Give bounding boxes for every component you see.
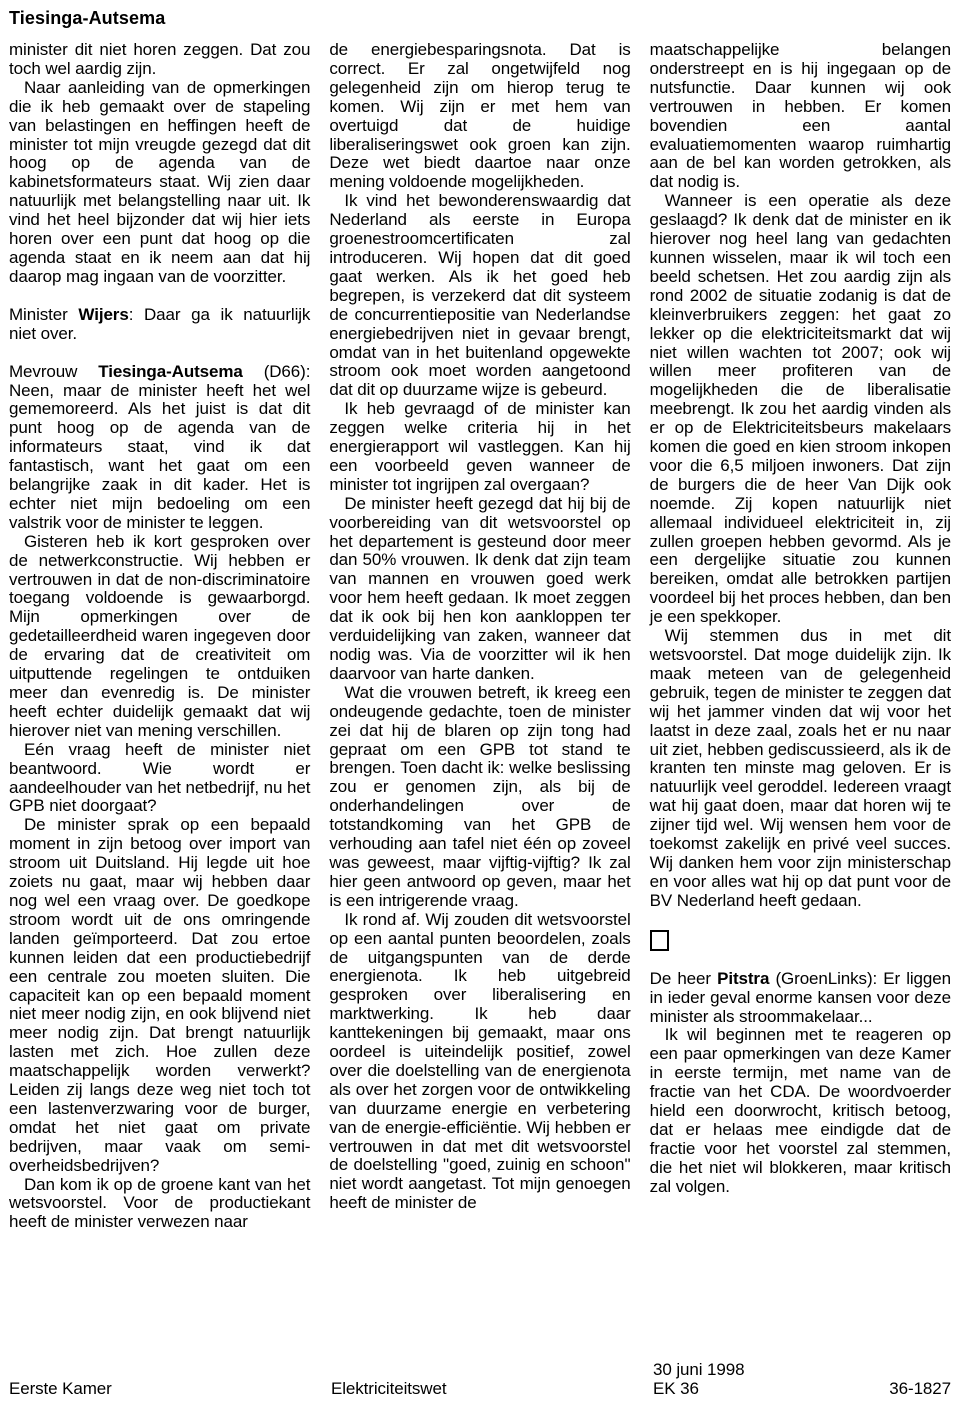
paragraph: Ik heb gevraagd of de minister kan zegge…	[329, 400, 630, 495]
text-run: De minister sprak op een bepaald moment …	[9, 815, 310, 1174]
text-run: Gisteren heb ik kort gesproken over de n…	[9, 532, 310, 740]
paragraph: de energiebesparingsnota. Dat is correct…	[329, 41, 630, 192]
paragraph: Mevrouw Tiesinga-Autsema (D66): Neen, ma…	[9, 363, 310, 533]
footer-date: 30 juni 1998	[653, 1360, 744, 1379]
text-run: Ik rond af. Wij zouden dit wetsvoorstel …	[329, 910, 630, 1213]
paragraph: minister dit niet horen zeggen. Dat zou …	[9, 41, 310, 79]
column-3: maatschappelijke belangen onderstreept e…	[650, 41, 951, 1341]
text-run: Ik vind het bewonderenswaardig dat Neder…	[329, 191, 630, 399]
text-run: Eén vraag heeft de minister niet beantwo…	[9, 740, 310, 816]
footer-chamber: Eerste Kamer	[9, 1379, 331, 1398]
paragraph: Minister Wijers: Daar ga ik natuurlijk n…	[9, 306, 310, 344]
text-columns: minister dit niet horen zeggen. Dat zou …	[9, 41, 951, 1341]
speaker-name: Wijers	[78, 305, 128, 324]
paragraph: Dan kom ik op de groene kant van het wet…	[9, 1176, 310, 1233]
text-run: Naar aanleiding van de opmerkingen die i…	[9, 78, 310, 286]
document-page: Tiesinga-Autsema minister dit niet horen…	[0, 0, 960, 1410]
page-footer: Eerste Kamer Elektriciteitswet 30 juni 1…	[9, 1360, 951, 1398]
footer-page-number: 36-1827	[889, 1379, 951, 1398]
text-run: Dan kom ik op de groene kant van het wet…	[9, 1175, 310, 1232]
paragraph: De minister sprak op een bepaald moment …	[9, 816, 310, 1175]
paragraph: Eén vraag heeft de minister niet beantwo…	[9, 741, 310, 817]
paragraph: De minister heeft gezegd dat hij bij de …	[329, 495, 630, 684]
column-1: minister dit niet horen zeggen. Dat zou …	[9, 41, 310, 1341]
text-run: Minister	[9, 305, 78, 324]
footer-subject: Elektriciteitswet	[331, 1379, 653, 1398]
text-run: minister dit niet horen zeggen. Dat zou …	[9, 41, 310, 78]
speaker-name: Tiesinga-Autsema	[98, 362, 243, 381]
text-run: Wanneer is een operatie als deze geslaag…	[650, 191, 951, 626]
column-2: de energiebesparingsnota. Dat is correct…	[329, 41, 630, 1341]
paragraph: De heer Pitstra (GroenLinks): Er liggen …	[650, 970, 951, 1027]
paragraph: Ik wil beginnen met te reageren op een p…	[650, 1026, 951, 1196]
text-run: Mevrouw	[9, 362, 98, 381]
end-of-speech-marker	[650, 930, 669, 951]
text-run: Ik wil beginnen met te reageren op een p…	[650, 1025, 951, 1195]
paragraph: Wij stemmen dus in met dit wetsvoorstel.…	[650, 627, 951, 911]
paragraph: Ik vind het bewonderenswaardig dat Neder…	[329, 192, 630, 400]
text-run: Wij stemmen dus in met dit wetsvoorstel.…	[650, 626, 951, 910]
paragraph: Naar aanleiding van de opmerkingen die i…	[9, 79, 310, 287]
paragraph: Gisteren heb ik kort gesproken over de n…	[9, 533, 310, 741]
footer-session: EK 36	[653, 1379, 744, 1398]
paragraph: maatschappelijke belangen onderstreept e…	[650, 41, 951, 192]
paragraph: Wanneer is een operatie als deze geslaag…	[650, 192, 951, 627]
text-run: (D66): Neen, maar de minister heeft het …	[9, 362, 310, 532]
paragraph: Wat die vrouwen betreft, ik kreeg een on…	[329, 684, 630, 911]
paragraph: Ik rond af. Wij zouden dit wetsvoorstel …	[329, 911, 630, 1214]
footer-meta: 30 juni 1998 EK 36 36-1827	[653, 1360, 951, 1398]
speaker-name: Pitstra	[717, 969, 769, 988]
text-run: de energiebesparingsnota. Dat is correct…	[329, 41, 630, 191]
text-run: De heer	[650, 969, 717, 988]
text-run: maatschappelijke belangen onderstreept e…	[650, 41, 951, 191]
text-run: Wat die vrouwen betreft, ik kreeg een on…	[329, 683, 630, 910]
footer-date-session: 30 juni 1998 EK 36	[653, 1360, 744, 1398]
running-header: Tiesinga-Autsema	[9, 8, 951, 29]
text-run: Ik heb gevraagd of de minister kan zegge…	[329, 399, 630, 494]
text-run: De minister heeft gezegd dat hij bij de …	[329, 494, 630, 683]
